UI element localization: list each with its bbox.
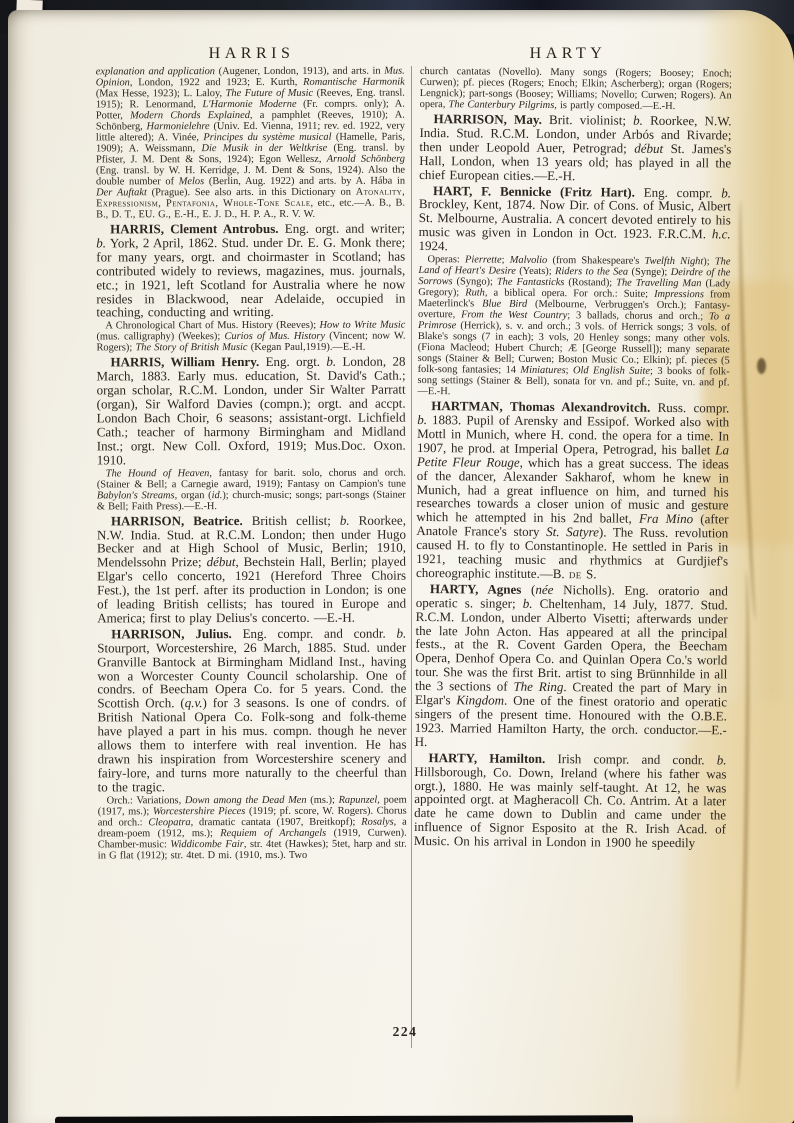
paragraph: church cantatas (Novello). Many songs (R… bbox=[420, 66, 732, 112]
column-right: church cantatas (Novello). Many songs (R… bbox=[412, 66, 732, 1048]
paragraph: HARTY, Hamilton. Irish compr. and condr.… bbox=[414, 751, 727, 851]
paragraph: HARRISON, Beatrice. British cellist; b. … bbox=[97, 513, 406, 625]
paragraph: The Hound of Heaven, fantasy for barit. … bbox=[97, 467, 406, 512]
running-head-left: HARRIS bbox=[97, 43, 406, 65]
running-head-right: HARTY bbox=[420, 43, 716, 65]
page-number: 224 bbox=[377, 1024, 433, 1040]
paragraph: HART, F. Bennicke (Fritz Hart). Eng. com… bbox=[419, 184, 732, 256]
paragraph: HARRIS, William Henry. Eng. orgt. b. Lon… bbox=[96, 355, 405, 467]
book-page: HARRIS HARTY explanation and application… bbox=[8, 10, 794, 1123]
paragraph: A Chronological Chart of Mus. History (R… bbox=[96, 320, 405, 354]
paragraph: explanation and application (Augener, Lo… bbox=[96, 66, 405, 221]
paragraph: HARRISON, May. Brit. violinist; b. Roork… bbox=[419, 112, 732, 184]
paragraph: HARRIS, Clement Antrobus. Eng. orgt. and… bbox=[96, 222, 405, 320]
paper-blemish bbox=[757, 358, 766, 374]
paragraph: HARTMAN, Thomas Alexandrovitch. Russ. co… bbox=[416, 399, 729, 582]
paragraph: HARRISON, Julius. Eng. compr. and condr.… bbox=[97, 626, 406, 794]
photo-backdrop-bottom bbox=[55, 1115, 633, 1123]
paragraph: Orch.: Variations, Down among the Dead M… bbox=[98, 794, 407, 861]
column-divider-rule bbox=[411, 66, 412, 1048]
paragraph: HARTY, Agnes (née Nicholls). Eng. orator… bbox=[415, 582, 728, 751]
paragraph: Operas: Pierrette; Malvolio (from Shakes… bbox=[417, 254, 730, 399]
column-left: explanation and application (Augener, Lo… bbox=[96, 66, 408, 1031]
